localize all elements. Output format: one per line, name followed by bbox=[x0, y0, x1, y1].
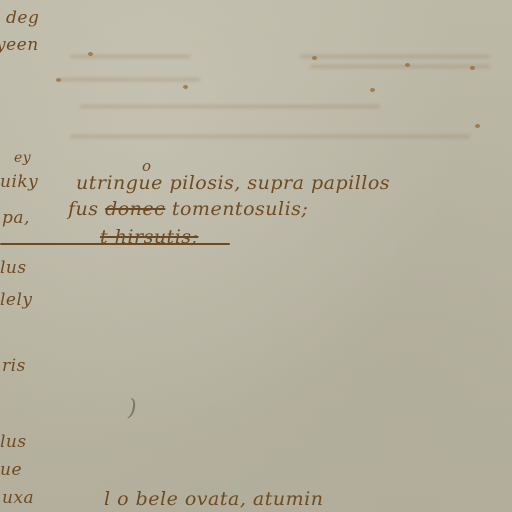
line-2-struck-word: donec bbox=[105, 198, 165, 220]
manuscript-line-2: fus donec tomentosulis; bbox=[68, 198, 308, 220]
margin-fragment: deg bbox=[6, 8, 39, 28]
margin-fragment: ris bbox=[2, 356, 26, 376]
margin-fragment: lely bbox=[0, 290, 33, 310]
manuscript-bottom-line: l o bele ovata, atumin bbox=[104, 488, 323, 510]
bleed-through-line bbox=[60, 78, 200, 81]
bleed-through-line bbox=[80, 105, 380, 108]
bleed-through-line bbox=[70, 135, 470, 138]
ink-spot bbox=[88, 52, 93, 56]
margin-fragment: pa, bbox=[2, 208, 30, 228]
manuscript-paper bbox=[0, 0, 512, 512]
manuscript-line-1: utringue pilosis, supra papillos bbox=[76, 172, 390, 194]
bleed-through-line bbox=[310, 65, 490, 68]
margin-fragment: uiky bbox=[0, 172, 38, 192]
ink-spot bbox=[56, 78, 61, 82]
ink-spot bbox=[312, 56, 317, 60]
margin-fragment: yeen bbox=[0, 35, 39, 55]
margin-fragment: uxa bbox=[2, 488, 34, 508]
margin-fragment: lus bbox=[0, 258, 27, 278]
ink-spot bbox=[405, 63, 410, 67]
line-2-prefix: fus bbox=[68, 198, 99, 220]
ink-spot bbox=[183, 85, 188, 89]
margin-fragment: ue bbox=[0, 460, 22, 480]
ink-spot bbox=[470, 66, 475, 70]
ink-spot bbox=[475, 124, 480, 128]
line-2-rest: tomentosulis; bbox=[172, 198, 308, 220]
margin-fragment: lus bbox=[0, 432, 27, 452]
margin-fragment: ey bbox=[14, 150, 31, 166]
manuscript-line-3-struck: t hirsutis; bbox=[100, 226, 198, 248]
ink-spot bbox=[370, 88, 375, 92]
bleed-through-line bbox=[300, 55, 490, 58]
pencil-mark: ) bbox=[128, 396, 137, 421]
